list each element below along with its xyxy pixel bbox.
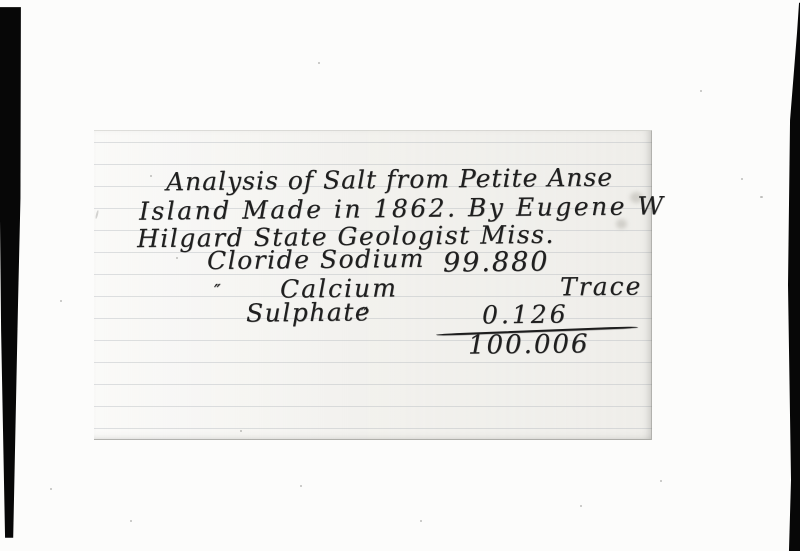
substance-value: 99.880 xyxy=(443,248,550,276)
noise-speck xyxy=(580,505,582,507)
noise-speck xyxy=(130,520,132,522)
substance-name: Sulphate xyxy=(246,299,371,325)
noise-speck xyxy=(700,90,702,92)
noise-speck xyxy=(150,175,152,177)
scanner-edge-left xyxy=(0,0,22,551)
substance-value: 0.126 xyxy=(482,302,569,328)
total-value: 100.006 xyxy=(468,331,590,358)
noise-speck xyxy=(660,480,662,482)
ditto-mark: ″ xyxy=(361,306,368,324)
scanner-edge-right xyxy=(788,0,800,551)
noise-speck xyxy=(741,178,743,180)
heading-line-2: Island Made in 1862. By Eugene W xyxy=(139,193,666,224)
noise-speck xyxy=(318,62,320,64)
noise-speck xyxy=(60,300,62,302)
noise-speck xyxy=(300,485,302,487)
noise-speck xyxy=(176,257,178,259)
heading-line-1: Analysis of Salt from Petite Anse xyxy=(166,165,613,195)
noise-speck xyxy=(240,430,242,432)
noise-speck xyxy=(760,196,763,198)
noise-speck xyxy=(50,488,52,490)
substance-name: Cloride Sodium xyxy=(207,246,425,273)
substance-value: Trace xyxy=(560,274,643,300)
noise-speck xyxy=(420,520,422,522)
ditto-mark: ″ xyxy=(214,283,221,301)
